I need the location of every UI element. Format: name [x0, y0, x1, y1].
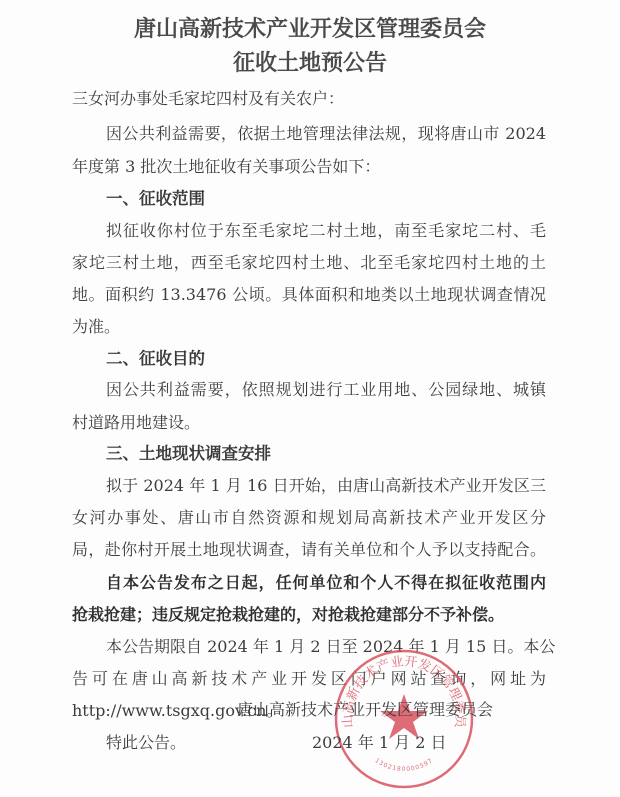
survey-line-2: 女河办事处、唐山市自然资源和规划局高新技术产业开发区分 [72, 508, 546, 528]
addressee: 三女河办事处毛家坨四村及有关农户： [72, 89, 546, 109]
survey-line-3: 局，赴你村开展土地现状调查，请有关单位和个人予以支持配合。 [72, 540, 546, 560]
warning-line-2: 抢栽抢建；违反规定抢栽抢建的，对抢栽抢建部分不予补偿。 [72, 605, 546, 625]
seal-serial: 1302180000597 [373, 757, 434, 773]
purpose-line-1: 因公共利益需要，依照规划进行工业用地、公园绿地、城镇 [106, 380, 546, 400]
warning-line-1: 自本公告发布之日起，任何单位和个人不得在拟征收范围内 [106, 573, 546, 593]
signature-issuer: 唐山高新技术产业开发区管理委员会 [237, 700, 493, 720]
section-heading-scope: 一、征收范围 [106, 189, 546, 209]
section-heading-survey: 三、土地现状调查安排 [106, 444, 546, 464]
validity-line-1: 本公告期限自 2024 年 1 月 2 日至 2024 年 1 月 15 日。本… [106, 637, 546, 657]
intro-line-1: 因公共利益需要，依据土地管理法律法规，现将唐山市 2024 [106, 124, 546, 144]
notice-page: 唐山高新技术产业开发区管理委员会 征收土地预公告 三女河办事处毛家坨四村及有关农… [0, 0, 620, 797]
scope-line-1: 拟征收你村位于东至毛家坨二村土地，南至毛家坨二村、毛 [106, 221, 546, 241]
notice-title: 征收土地预公告 [0, 46, 620, 77]
scope-line-4: 为准。 [72, 317, 546, 337]
survey-line-1: 拟于 2024 年 1 月 16 日开始，由唐山高新技术产业开发区三 [106, 476, 546, 496]
scope-line-2: 家坨三村土地，西至毛家坨四村土地、北至毛家坨四村土地的土 [72, 253, 546, 273]
signature-date: 2024 年 1 月 2 日 [312, 733, 447, 753]
section-heading-purpose: 二、征收目的 [106, 349, 546, 369]
purpose-line-2: 村道路用地建设。 [72, 413, 546, 433]
scope-line-3: 地。面积约 13.3476 公顷。具体面积和地类以土地现状调查情况 [72, 285, 546, 305]
issuer-title: 唐山高新技术产业开发区管理委员会 [0, 12, 620, 43]
intro-line-2: 年度第 3 批次土地征收有关事项公告如下： [72, 157, 546, 177]
